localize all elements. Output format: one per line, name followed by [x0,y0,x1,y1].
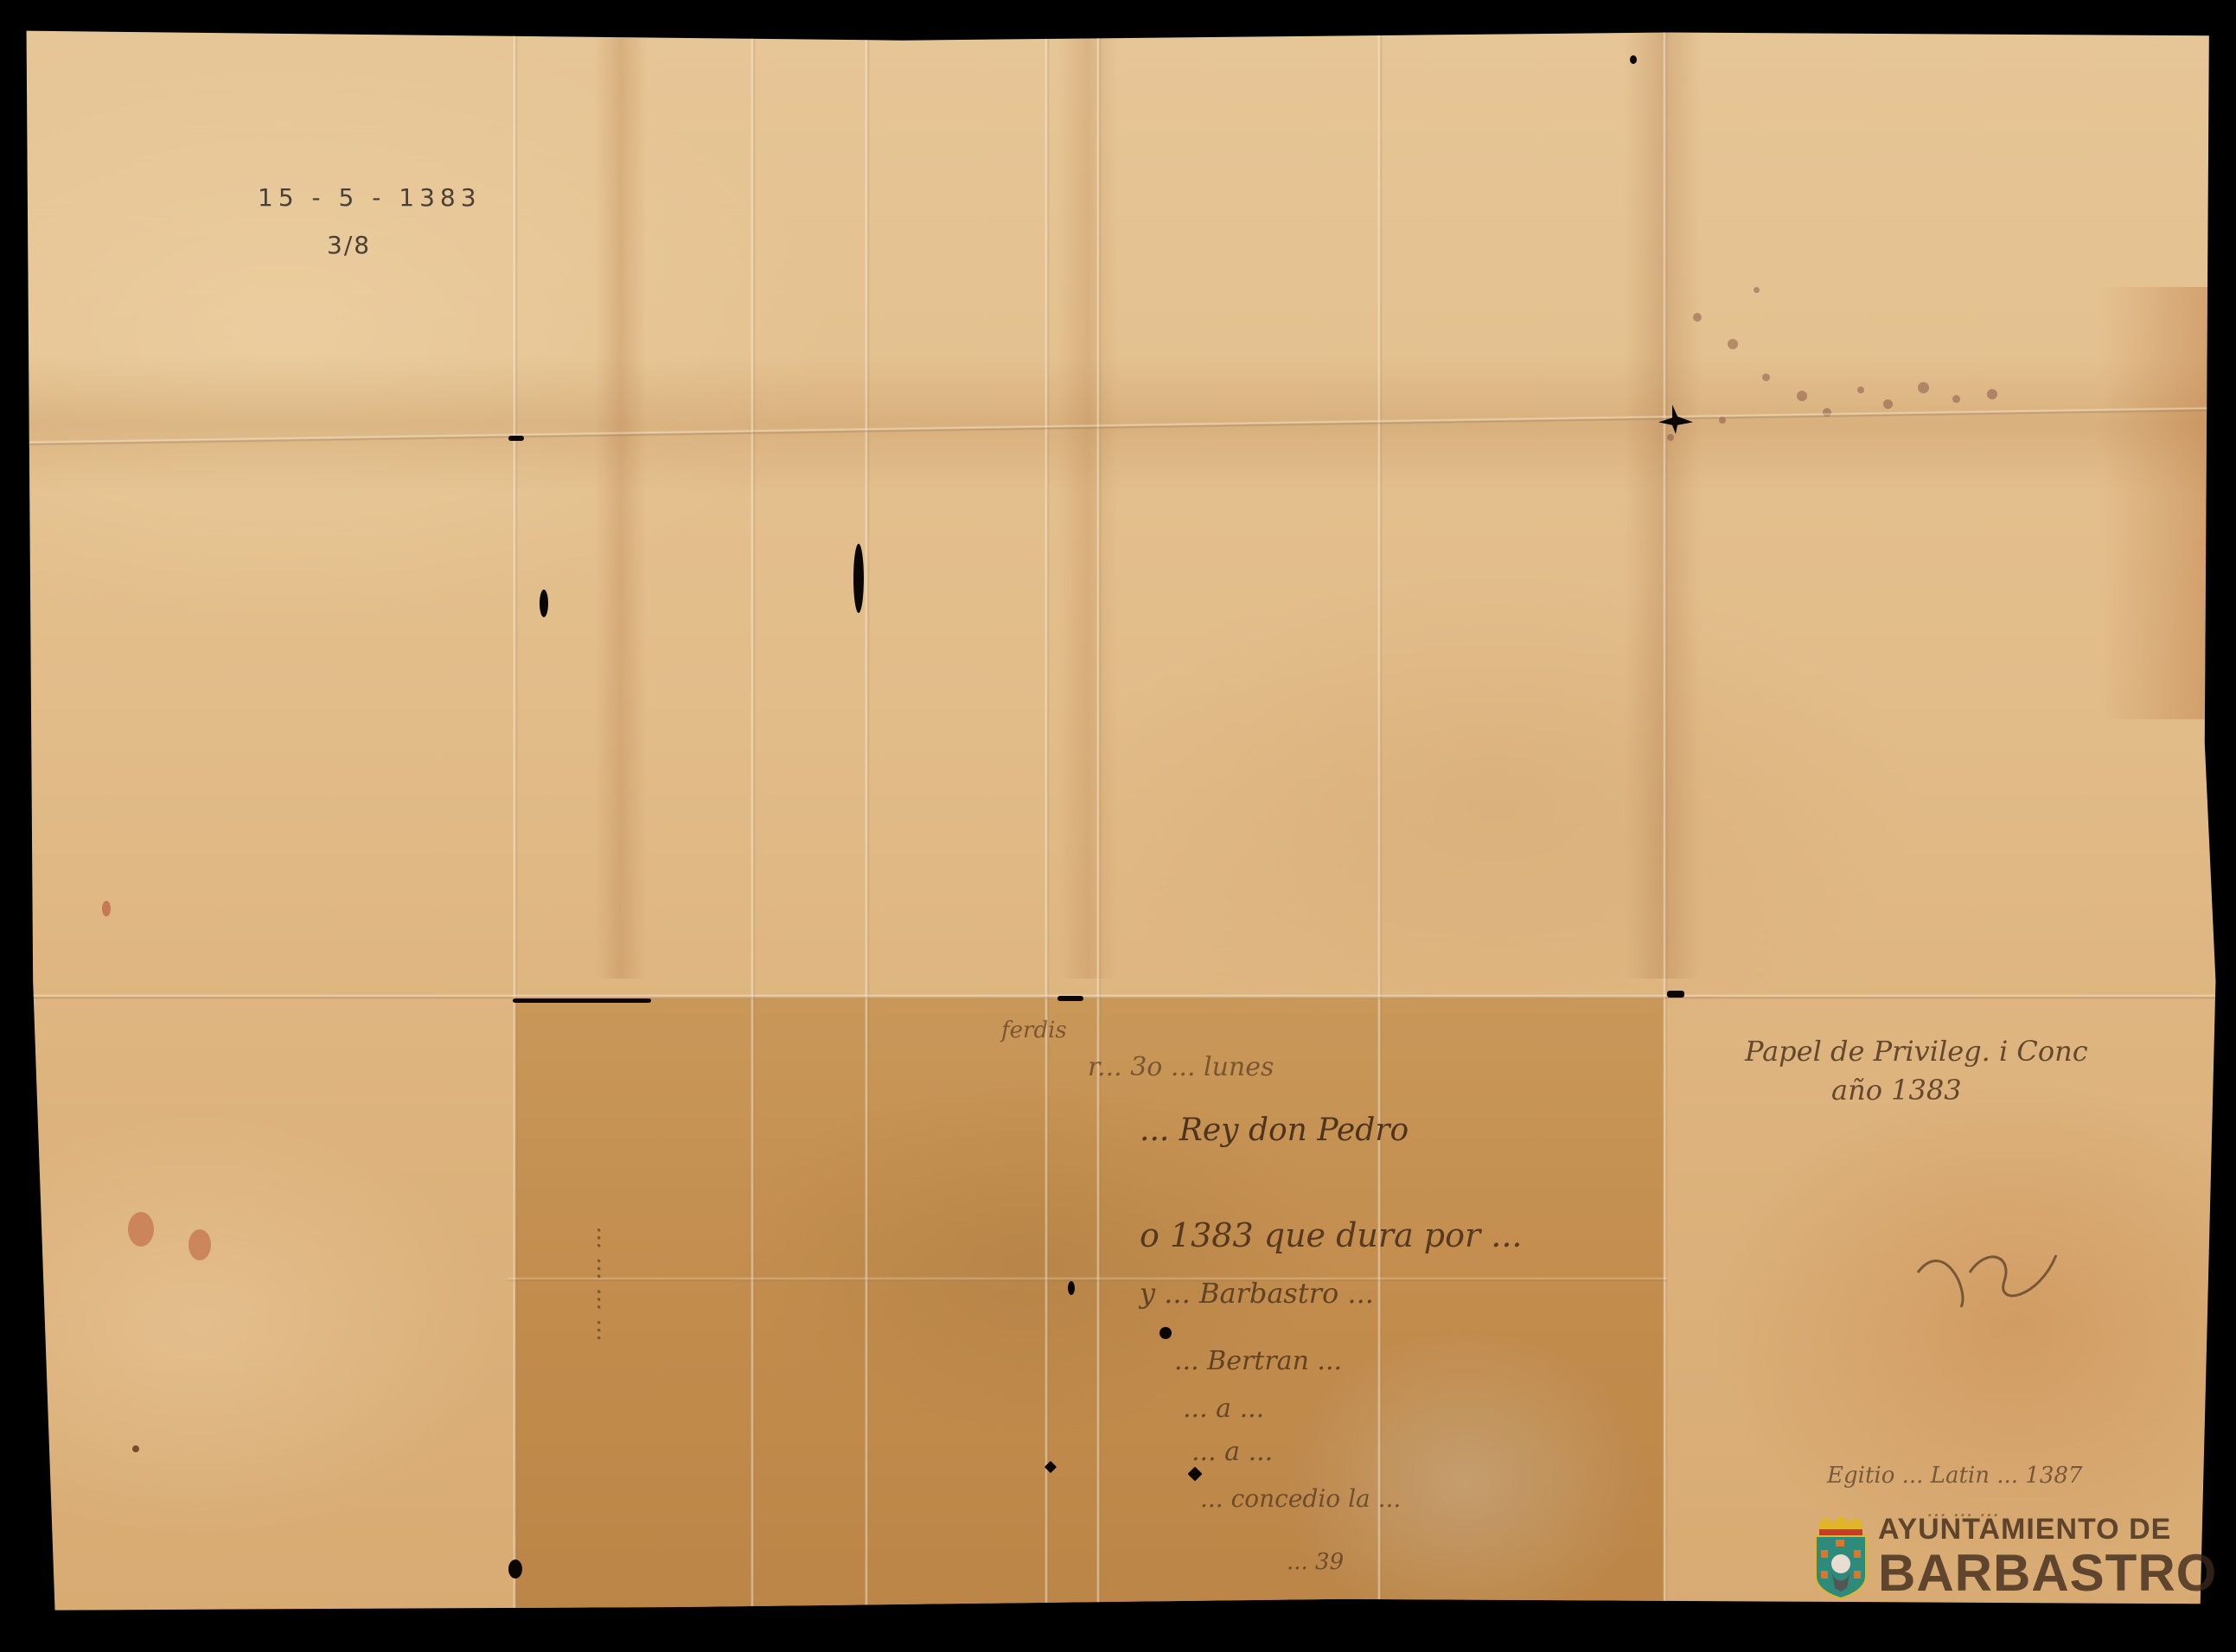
hole [513,998,651,1003]
fold-line [865,28,870,1617]
stain [595,28,647,979]
archive-date-note: 15 - 5 - 1383 [258,183,482,212]
lower-right-note: Egitio ... Latin ... 1387 [1827,1463,2082,1489]
endorsement-line: ... 39 [1287,1549,1344,1575]
hole [1667,991,1684,998]
endorsement-line: ... concedio la ... [1200,1484,1401,1513]
signature-flourish [1909,1221,2082,1316]
mold-spot [1762,373,1770,381]
endorsement-line: ferdis [1001,1017,1067,1043]
fold-line [751,28,756,1617]
mold-spot [1918,382,1929,393]
hole [540,590,548,617]
fold-line [508,1277,1667,1282]
fold-line [1045,28,1050,1617]
endorsement-line: ... a ... [1191,1437,1273,1467]
coat-of-arms-icon [1814,1515,1868,1598]
hole [1630,55,1637,64]
endorsement-line: ... Bertran ... [1174,1346,1342,1376]
archive-folio-note: 3/8 [327,231,371,259]
ayuntamiento-barbastro-watermark: AYUNTAMIENTO DE BARBASTRO [1814,1515,2217,1599]
darkened-panel [514,998,1664,1614]
parchment-document: 15 - 5 - 1383 3/8 ferdis r... 3o ... lun… [24,28,2218,1617]
endorsement-line: r... 3o ... lunes [1088,1052,1274,1082]
mold-spot [1728,339,1738,349]
watermark-line2: BARBASTRO [1878,1547,2217,1599]
mold-spot [1754,287,1760,293]
vertical-note: ... ... ... ... [578,1226,606,1342]
mold-spot [1883,399,1893,409]
fold-line [1377,28,1383,1617]
mold-spot [1857,386,1864,393]
mold-spot [1952,395,1960,403]
fold-line [513,28,518,1617]
fold-line [24,994,2218,999]
mold-spot [1667,434,1674,441]
watermark-line1: AYUNTAMIENTO DE [1878,1515,2217,1544]
hole [508,1560,522,1579]
endorsement-line: o 1383 que dura por ... [1140,1216,1523,1254]
endorsement-line: y ... Barbastro ... [1140,1277,1374,1310]
stain [2099,287,2218,719]
hole [1068,1281,1075,1295]
stain-spot [188,1229,211,1260]
hole [853,544,864,613]
stain-spot [132,1445,139,1452]
mold-spot [1987,389,1997,399]
fold-line [1663,28,1668,1617]
hole [508,436,524,441]
stain-spot [128,1212,154,1247]
mold-spot [1797,391,1807,401]
hole [1057,996,1083,1001]
hole [1160,1327,1172,1339]
endorsement-line: ... a ... [1183,1394,1264,1424]
right-endorsement-title: Papel de Privileg. i Conc [1745,1035,2088,1068]
endorsement-line: ... Rey don Pedro [1140,1113,1409,1148]
fold-line [1096,28,1102,1617]
mold-spot [1693,313,1702,322]
stain [1057,28,1118,979]
stain-spot [102,901,111,916]
right-endorsement-year: año 1383 [1831,1074,1962,1107]
